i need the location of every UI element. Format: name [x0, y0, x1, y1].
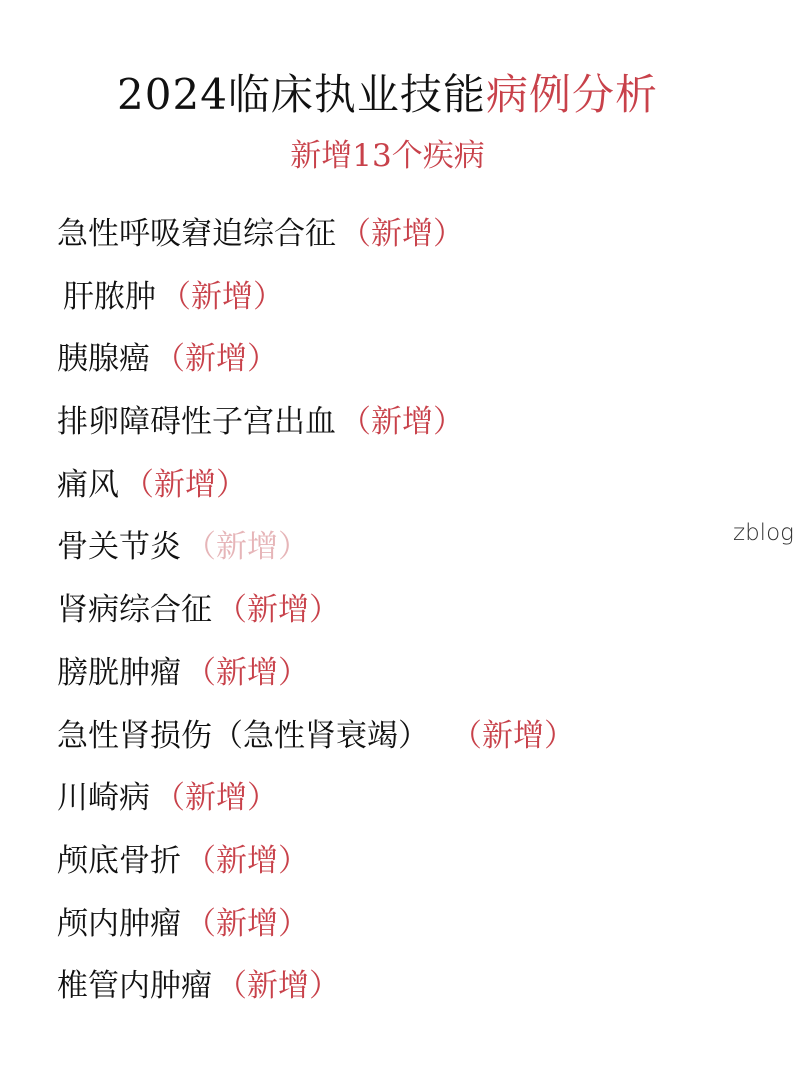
new-tag: （新增） — [216, 968, 340, 1004]
title-main: 2024临床执业技能 — [117, 70, 486, 119]
list-item: 颅底骨折（新增） — [57, 839, 575, 902]
list-item: 肝脓肿（新增） — [57, 275, 575, 338]
new-tag: （新增） — [154, 780, 278, 816]
new-tag: （新增） — [451, 718, 575, 754]
list-item: 急性肾损伤（急性肾衰竭）（新增） — [57, 714, 575, 777]
list-item: 椎管内肿瘤（新增） — [57, 964, 575, 1027]
page-title: 2024临床执业技能病例分析 — [0, 62, 775, 122]
disease-name: 椎管内肿瘤 — [57, 968, 212, 1004]
new-tag: （新增） — [185, 529, 309, 565]
title-accent: 病例分析 — [486, 70, 658, 119]
new-tag: （新增） — [340, 216, 464, 252]
disease-name: 痛风 — [57, 467, 119, 503]
disease-name: 膀胱肿瘤 — [57, 655, 181, 691]
list-item: 排卵障碍性子宫出血（新增） — [57, 400, 575, 463]
list-item: 痛风（新增） — [57, 463, 575, 526]
disease-name: 颅内肿瘤 — [57, 906, 181, 942]
disease-name: 川崎病 — [57, 780, 150, 816]
new-tag: （新增） — [185, 655, 309, 691]
watermark: zblog — [733, 520, 794, 546]
disease-list: 急性呼吸窘迫综合征（新增） 肝脓肿（新增） 胰腺癌（新增） 排卵障碍性子宫出血（… — [57, 212, 575, 1027]
new-tag: （新增） — [216, 592, 340, 628]
disease-name: 颅底骨折 — [57, 843, 181, 879]
disease-name: 急性肾损伤（急性肾衰竭） — [57, 718, 429, 754]
list-item: 膀胱肿瘤（新增） — [57, 651, 575, 714]
disease-name: 胰腺癌 — [57, 341, 150, 377]
page-subtitle: 新增13个疾病 — [0, 130, 775, 175]
list-item: 川崎病（新增） — [57, 776, 575, 839]
disease-name: 急性呼吸窘迫综合征 — [57, 216, 336, 252]
list-item: 骨关节炎（新增） — [57, 525, 575, 588]
new-tag: （新增） — [123, 467, 247, 503]
list-item: 急性呼吸窘迫综合征（新增） — [57, 212, 575, 275]
list-item: 胰腺癌（新增） — [57, 337, 575, 400]
disease-name: 骨关节炎 — [57, 529, 181, 565]
new-tag: （新增） — [185, 843, 309, 879]
disease-name: 排卵障碍性子宫出血 — [57, 404, 336, 440]
list-item: 颅内肿瘤（新增） — [57, 902, 575, 965]
new-tag: （新增） — [340, 404, 464, 440]
disease-name: 肾病综合征 — [57, 592, 212, 628]
new-tag: （新增） — [185, 906, 309, 942]
list-item: 肾病综合征（新增） — [57, 588, 575, 651]
disease-name: 肝脓肿 — [63, 279, 156, 315]
new-tag: （新增） — [160, 279, 284, 315]
new-tag: （新增） — [154, 341, 278, 377]
